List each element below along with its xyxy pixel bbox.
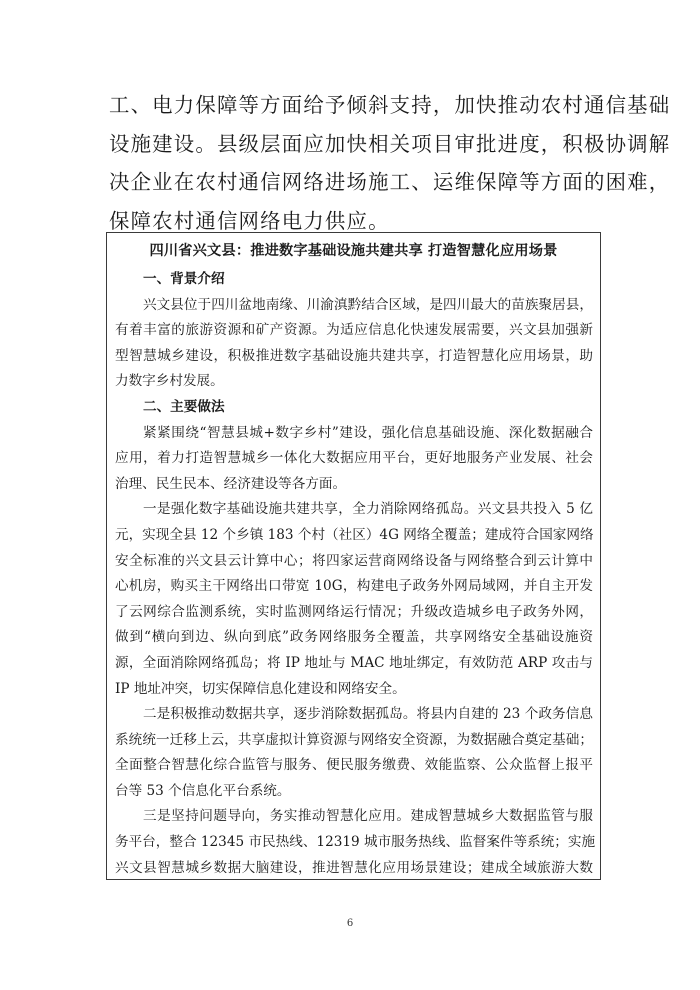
paragraph-line: 应用，着力打造智慧城乡一体化大数据应用平台，更好地服务产业发展、社会 xyxy=(115,446,593,472)
paragraph-line: 台等 53 个信息化平台系统。 xyxy=(115,779,593,805)
section-heading-main-practices: 二、主要做法 xyxy=(115,395,593,421)
paragraph-line: 决企业在农村通信网络进场施工、运维保障等方面的困难， xyxy=(109,163,609,202)
paragraph-line: 兴文县智慧城乡数据大脑建设，推进智慧化应用场景建设；建成全域旅游大数 xyxy=(115,856,593,880)
paragraph-line: 源，全面消除网络孤岛；将 IP 地址与 MAC 地址绑定，有效防范 ARP 攻击… xyxy=(115,651,593,677)
continuation-paragraph: 工、电力保障等方面给予倾斜支持，加快推动农村通信基础 设施建设。县级层面应加快相… xyxy=(109,86,609,240)
section-heading-background: 一、背景介绍 xyxy=(115,267,593,293)
paragraph-line: 三是坚持问题导向，务实推动智慧化应用。建成智慧城乡大数据监管与服 xyxy=(115,804,593,830)
paragraph-line: 元，实现全县 12 个乡镇 183 个村（社区）4G 网络全覆盖；建成符合国家网… xyxy=(115,523,593,549)
paragraph-line: 务平台，整合 12345 市民热线、12319 城市服务热线、监督案件等系统；实… xyxy=(115,830,593,856)
paragraph-line: 做到“横向到边、纵向到底”政务网络服务全覆盖，共享网络安全基础设施资 xyxy=(115,625,593,651)
paragraph-line: 型智慧城乡建设，积极推进数字基础设施共建共享，打造智慧化应用场景，助 xyxy=(115,344,593,370)
page-number: 6 xyxy=(0,918,700,929)
paragraph-line: 有着丰富的旅游资源和矿产资源。为适应信息化快速发展需要，兴文县加强新 xyxy=(115,318,593,344)
paragraph-line: 心机房，购买主干网络出口带宽 10G，构建电子政务外网局域网，并自主开发 xyxy=(115,574,593,600)
case-study-title: 四川省兴文县：推进数字基础设施共建共享 打造智慧化应用场景 xyxy=(107,240,600,260)
document-page: 工、电力保障等方面给予倾斜支持，加快推动农村通信基础 设施建设。县级层面应加快相… xyxy=(0,0,700,990)
paragraph-line: 系统统一迁移上云，共享虚拟计算资源与网络安全资源，为数据融合奠定基础； xyxy=(115,728,593,754)
paragraph-line: 设施建设。县级层面应加快相关项目审批进度，积极协调解 xyxy=(109,125,609,164)
paragraph-line: IP 地址冲突，切实保障信息化建设和网络安全。 xyxy=(115,677,593,703)
case-study-body: 一、背景介绍 兴文县位于四川盆地南缘、川渝滇黔结合区域，是四川最大的苗族聚居县，… xyxy=(115,267,593,880)
case-study-box: 四川省兴文县：推进数字基础设施共建共享 打造智慧化应用场景 一、背景介绍 兴文县… xyxy=(106,232,601,880)
paragraph-line: 二是积极推动数据共享，逐步消除数据孤岛。将县内自建的 23 个政务信息 xyxy=(115,702,593,728)
paragraph-line: 安全标准的兴文县云计算中心；将四家运营商网络设备与网络整合到云计算中 xyxy=(115,549,593,575)
paragraph-line: 了云网综合监测系统，实时监测网络运行情况；升级改造城乡电子政务外网， xyxy=(115,600,593,626)
paragraph-line: 兴文县位于四川盆地南缘、川渝滇黔结合区域，是四川最大的苗族聚居县， xyxy=(115,293,593,319)
paragraph-line: 力数字乡村发展。 xyxy=(115,369,593,395)
paragraph-line: 全面整合智慧化综合监管与服务、便民服务缴费、效能监察、公众监督上报平 xyxy=(115,753,593,779)
paragraph-line: 紧紧围绕“智慧县城+数字乡村”建设，强化信息基础设施、深化数据融合 xyxy=(115,421,593,447)
paragraph-line: 工、电力保障等方面给予倾斜支持，加快推动农村通信基础 xyxy=(109,86,609,125)
paragraph-line: 一是强化数字基础设施共建共享，全力消除网络孤岛。兴文县共投入 5 亿 xyxy=(115,497,593,523)
paragraph-line: 治理、民生民本、经济建设等各方面。 xyxy=(115,472,593,498)
